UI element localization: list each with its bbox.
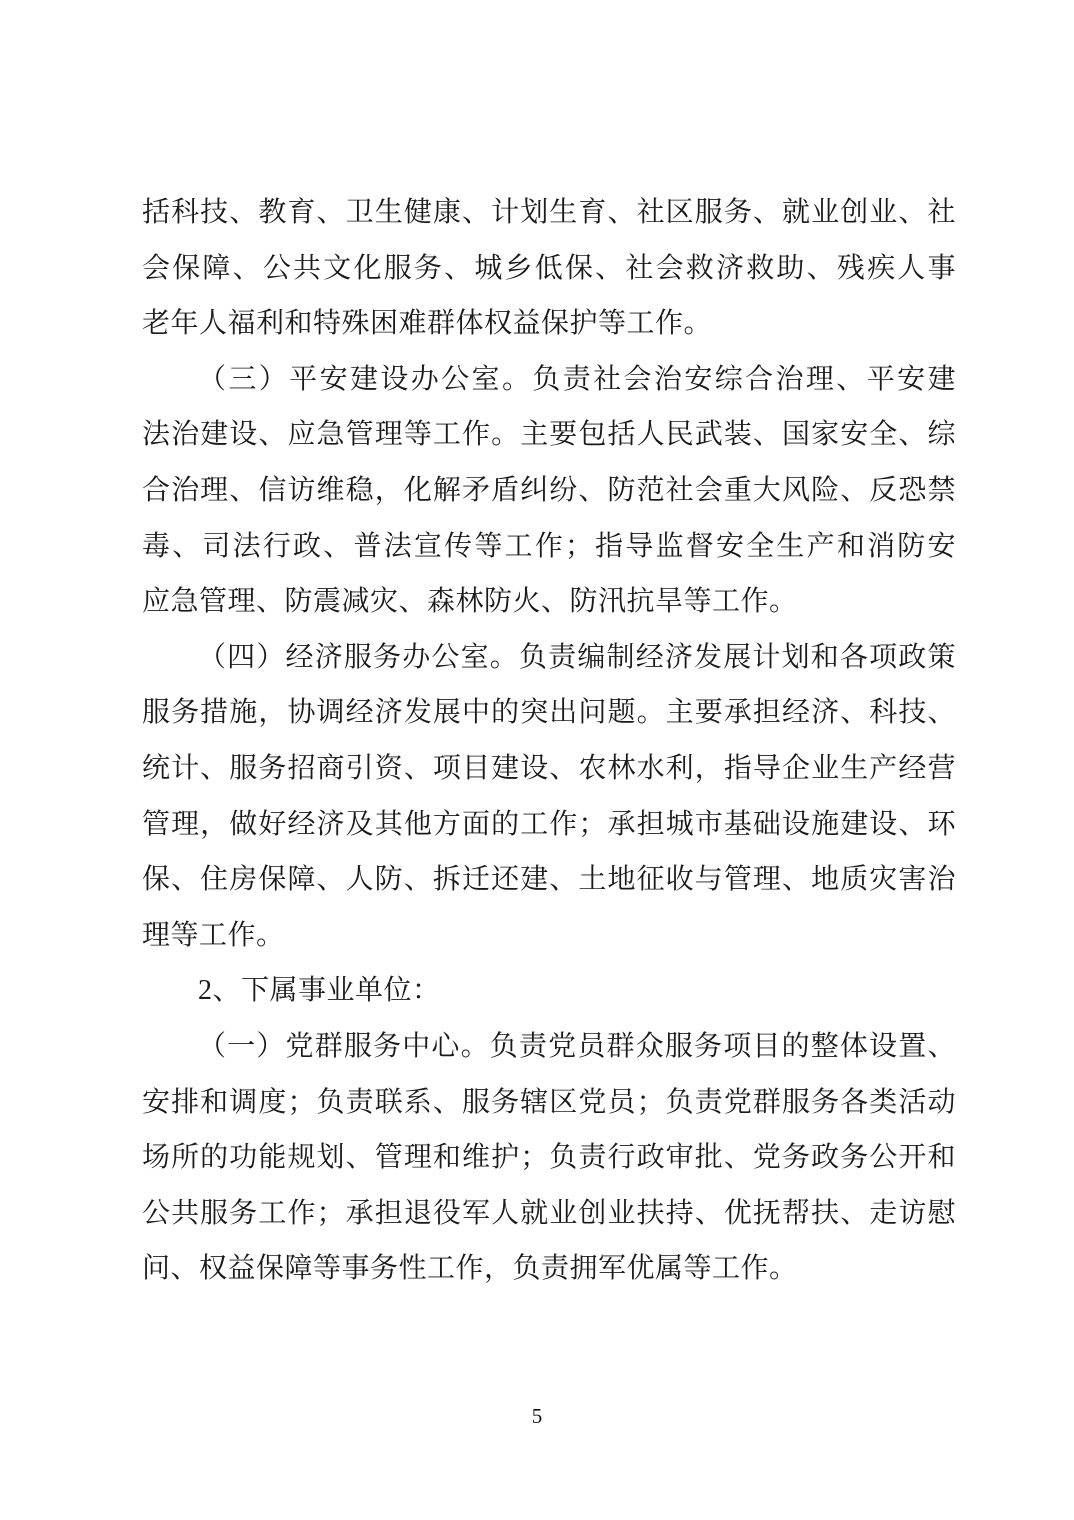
text-line: 老年人福利和特殊困难群体权益保护等工作。 xyxy=(142,296,956,352)
text-line: （三）平安建设办公室。负责社会治安综合治理、平安建设、 xyxy=(142,352,956,408)
text-line: 会保障、公共文化服务、城乡低保、社会救济救助、残疾人事务、 xyxy=(142,241,956,297)
text-line: 理等工作。 xyxy=(142,908,956,964)
text-line: 法治建设、应急管理等工作。主要包括人民武装、国家安全、综 xyxy=(142,407,956,463)
text-line: 应急管理、防震减灾、森林防火、防汛抗旱等工作。 xyxy=(142,574,956,630)
text-line: 公共服务工作；承担退役军人就业创业扶持、优抚帮扶、走访慰 xyxy=(142,1186,956,1242)
text-line: 毒、司法行政、普法宣传等工作；指导监督安全生产和消防安全、 xyxy=(142,519,956,575)
document-page: 括科技、教育、卫生健康、计划生育、社区服务、就业创业、社 会保障、公共文化服务、… xyxy=(0,0,1074,1520)
text-line: （四）经济服务办公室。负责编制经济发展计划和各项政策 xyxy=(142,630,956,686)
text-line: 问、权益保障等事务性工作，负责拥军优属等工作。 xyxy=(142,1241,956,1297)
text-line: 保、住房保障、人防、拆迁还建、土地征收与管理、地质灾害治 xyxy=(142,852,956,908)
text-line: （一）党群服务中心。负责党员群众服务项目的整体设置、 xyxy=(142,1019,956,1075)
text-line: 2、下属事业单位： xyxy=(142,963,956,1019)
page-number: 5 xyxy=(0,1402,1074,1430)
text-line: 统计、服务招商引资、项目建设、农林水利，指导企业生产经营 xyxy=(142,741,956,797)
text-line: 括科技、教育、卫生健康、计划生育、社区服务、就业创业、社 xyxy=(142,185,956,241)
document-body: 括科技、教育、卫生健康、计划生育、社区服务、就业创业、社 会保障、公共文化服务、… xyxy=(142,185,956,1297)
text-line: 管理，做好经济及其他方面的工作；承担城市基础设施建设、环 xyxy=(142,797,956,853)
text-line: 安排和调度；负责联系、服务辖区党员；负责党群服务各类活动 xyxy=(142,1075,956,1131)
text-line: 合治理、信访维稳，化解矛盾纠纷、防范社会重大风险、反恐禁 xyxy=(142,463,956,519)
text-line: 场所的功能规划、管理和维护；负责行政审批、党务政务公开和 xyxy=(142,1130,956,1186)
text-line: 服务措施，协调经济发展中的突出问题。主要承担经济、科技、 xyxy=(142,685,956,741)
